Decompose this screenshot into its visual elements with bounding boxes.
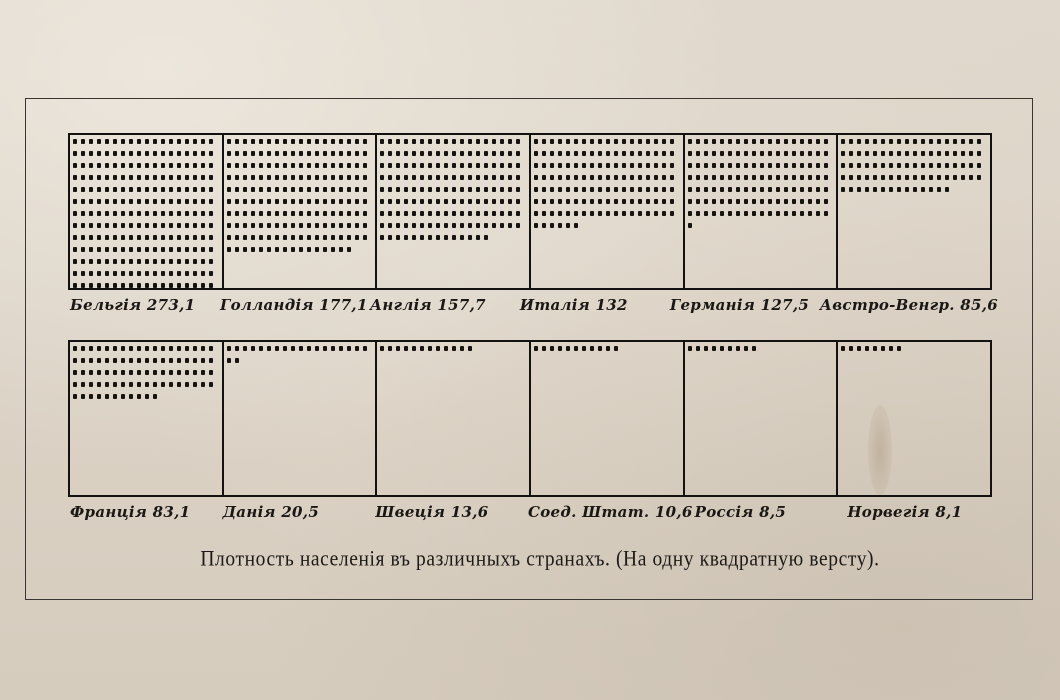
- population-dot: [169, 370, 173, 375]
- population-dot: [209, 175, 213, 180]
- chart-row-bottom: [68, 340, 992, 497]
- population-dot: [243, 187, 247, 192]
- population-dot: [542, 151, 546, 156]
- population-dot: [824, 211, 828, 216]
- population-dot: [73, 283, 77, 288]
- population-dot: [177, 199, 181, 204]
- population-dot: [396, 175, 400, 180]
- population-dot: [396, 346, 400, 351]
- population-dot: [97, 223, 101, 228]
- population-dot: [784, 163, 788, 168]
- population-dot: [145, 346, 149, 351]
- population-dot: [235, 163, 239, 168]
- population-dot: [201, 223, 205, 228]
- population-dot: [598, 211, 602, 216]
- population-dot: [808, 151, 812, 156]
- population-dot: [444, 235, 448, 240]
- population-dot: [153, 346, 157, 351]
- population-dot: [428, 175, 432, 180]
- population-dot: [267, 199, 271, 204]
- population-dot: [436, 187, 440, 192]
- population-dot: [121, 382, 125, 387]
- population-dot: [185, 259, 189, 264]
- population-dot: [688, 211, 692, 216]
- population-dot: [662, 139, 666, 144]
- population-dot: [969, 139, 973, 144]
- population-dot: [404, 235, 408, 240]
- population-dot: [662, 199, 666, 204]
- population-dot: [315, 235, 319, 240]
- population-dot: [808, 163, 812, 168]
- population-dot: [977, 139, 981, 144]
- population-dot: [267, 139, 271, 144]
- population-dot: [582, 187, 586, 192]
- population-dot: [201, 382, 205, 387]
- population-dot: [169, 151, 173, 156]
- population-dot: [436, 175, 440, 180]
- population-dot: [177, 247, 181, 252]
- population-dot: [315, 139, 319, 144]
- population-dot: [177, 283, 181, 288]
- population-dot: [720, 139, 724, 144]
- population-dot: [412, 139, 416, 144]
- population-dot: [736, 175, 740, 180]
- population-dot: [291, 223, 295, 228]
- population-dot: [235, 175, 239, 180]
- population-dot: [145, 187, 149, 192]
- population-dot: [291, 163, 295, 168]
- population-dot: [428, 346, 432, 351]
- population-dot: [388, 163, 392, 168]
- population-dot: [137, 163, 141, 168]
- population-dot: [185, 283, 189, 288]
- population-dot: [193, 187, 197, 192]
- population-dot: [137, 235, 141, 240]
- population-dot: [953, 163, 957, 168]
- population-dot: [201, 283, 205, 288]
- population-dot: [251, 346, 255, 351]
- population-dot: [768, 151, 772, 156]
- population-dot: [865, 163, 869, 168]
- population-dot: [508, 175, 512, 180]
- population-dot: [299, 151, 303, 156]
- population-dot: [267, 223, 271, 228]
- population-dot: [235, 235, 239, 240]
- population-dot: [614, 175, 618, 180]
- population-dot: [209, 199, 213, 204]
- population-dot: [566, 187, 570, 192]
- population-dot: [841, 163, 845, 168]
- population-dot: [857, 175, 861, 180]
- population-dot: [291, 139, 295, 144]
- population-dot: [137, 223, 141, 228]
- population-dot: [824, 187, 828, 192]
- population-dot: [251, 163, 255, 168]
- population-dot: [201, 163, 205, 168]
- population-dot: [622, 187, 626, 192]
- population-dot: [436, 235, 440, 240]
- population-dot: [460, 235, 464, 240]
- population-dot: [388, 235, 392, 240]
- population-dot: [420, 199, 424, 204]
- population-dot: [638, 139, 642, 144]
- population-dot: [145, 259, 149, 264]
- population-dot: [291, 151, 295, 156]
- population-dot: [420, 346, 424, 351]
- population-dot: [251, 151, 255, 156]
- population-dot: [444, 139, 448, 144]
- population-dot: [121, 139, 125, 144]
- population-dot: [323, 139, 327, 144]
- population-dot: [516, 163, 520, 168]
- population-dot: [227, 151, 231, 156]
- population-dot: [380, 211, 384, 216]
- population-dot: [153, 247, 157, 252]
- population-dot: [728, 151, 732, 156]
- population-dot: [736, 199, 740, 204]
- population-dot: [121, 346, 125, 351]
- population-dot: [89, 394, 93, 399]
- population-dot: [704, 211, 708, 216]
- population-dot: [412, 163, 416, 168]
- population-dot: [492, 211, 496, 216]
- population-dot: [516, 175, 520, 180]
- population-dot: [800, 151, 804, 156]
- country-label: Австро-Венгр. 85,6: [818, 296, 998, 322]
- population-dot: [388, 346, 392, 351]
- population-dot: [267, 211, 271, 216]
- population-dot: [736, 346, 740, 351]
- population-dot: [145, 271, 149, 276]
- population-dot: [800, 187, 804, 192]
- population-dot: [792, 175, 796, 180]
- population-dot: [339, 211, 343, 216]
- population-dot: [331, 151, 335, 156]
- population-dot: [355, 199, 359, 204]
- population-dot: [129, 139, 133, 144]
- population-dot: [145, 370, 149, 375]
- population-dot: [339, 235, 343, 240]
- population-dot: [347, 223, 351, 228]
- population-dot: [582, 211, 586, 216]
- population-dot: [121, 175, 125, 180]
- population-dot: [161, 175, 165, 180]
- population-dot: [201, 358, 205, 363]
- population-dot: [792, 163, 796, 168]
- population-dot: [201, 199, 205, 204]
- population-dot: [97, 394, 101, 399]
- population-dot: [752, 151, 756, 156]
- population-dot: [89, 283, 93, 288]
- population-dot: [105, 382, 109, 387]
- population-dot: [937, 175, 941, 180]
- population-dot: [380, 199, 384, 204]
- population-dot: [380, 175, 384, 180]
- population-dot: [476, 175, 480, 180]
- population-dot: [97, 211, 101, 216]
- population-dot: [760, 211, 764, 216]
- population-dot: [97, 283, 101, 288]
- population-dot: [638, 199, 642, 204]
- population-dot: [800, 211, 804, 216]
- population-dot: [227, 163, 231, 168]
- population-dot: [808, 199, 812, 204]
- population-dot: [243, 151, 247, 156]
- population-dot: [137, 151, 141, 156]
- population-dot: [323, 346, 327, 351]
- population-dot: [534, 175, 538, 180]
- population-dot: [516, 139, 520, 144]
- population-dot: [113, 223, 117, 228]
- population-dot: [113, 346, 117, 351]
- population-dot: [145, 199, 149, 204]
- population-dot: [121, 151, 125, 156]
- population-dot: [105, 223, 109, 228]
- population-dot: [484, 235, 488, 240]
- population-dot: [153, 223, 157, 228]
- population-dot: [508, 211, 512, 216]
- population-dot: [137, 199, 141, 204]
- population-dot: [849, 187, 853, 192]
- population-dot: [153, 370, 157, 375]
- population-dot: [873, 175, 877, 180]
- population-dot: [500, 187, 504, 192]
- population-dot: [558, 139, 562, 144]
- population-dot: [243, 223, 247, 228]
- population-dot: [760, 199, 764, 204]
- population-dot: [905, 139, 909, 144]
- population-dot: [209, 187, 213, 192]
- population-dot: [744, 163, 748, 168]
- population-dot: [153, 271, 157, 276]
- population-dot: [363, 211, 367, 216]
- population-dot: [121, 370, 125, 375]
- population-dot: [235, 223, 239, 228]
- population-dot: [696, 211, 700, 216]
- population-dot: [73, 235, 77, 240]
- population-dot: [484, 211, 488, 216]
- population-dot: [299, 247, 303, 252]
- population-dot: [662, 211, 666, 216]
- population-dot: [768, 211, 772, 216]
- population-dot: [444, 211, 448, 216]
- population-dot: [889, 175, 893, 180]
- population-dot: [550, 199, 554, 204]
- population-dot: [420, 211, 424, 216]
- population-dot: [283, 175, 287, 180]
- population-dot: [81, 382, 85, 387]
- population-dot: [121, 259, 125, 264]
- population-dot: [824, 151, 828, 156]
- population-dot: [259, 211, 263, 216]
- population-dot: [185, 163, 189, 168]
- population-dot: [712, 151, 716, 156]
- population-dot: [444, 199, 448, 204]
- population-dot: [614, 187, 618, 192]
- population-dot: [380, 223, 384, 228]
- population-dot: [696, 151, 700, 156]
- population-dot: [865, 139, 869, 144]
- population-dot: [598, 175, 602, 180]
- population-dot: [169, 175, 173, 180]
- population-dot: [209, 346, 213, 351]
- population-dot: [961, 151, 965, 156]
- population-dot: [355, 163, 359, 168]
- population-dot: [704, 187, 708, 192]
- population-dot: [81, 139, 85, 144]
- population-dot: [516, 223, 520, 228]
- population-dot: [558, 199, 562, 204]
- population-dot: [267, 346, 271, 351]
- population-dot: [542, 346, 546, 351]
- population-dot: [492, 187, 496, 192]
- population-dot: [299, 199, 303, 204]
- population-dot: [606, 346, 610, 351]
- population-dot: [105, 283, 109, 288]
- population-dot: [97, 235, 101, 240]
- population-dot: [121, 223, 125, 228]
- population-dot: [275, 223, 279, 228]
- population-dot: [145, 235, 149, 240]
- population-dot: [193, 358, 197, 363]
- population-dot: [243, 346, 247, 351]
- population-dot: [243, 247, 247, 252]
- population-dot: [259, 163, 263, 168]
- population-dot: [396, 163, 400, 168]
- population-dot: [582, 346, 586, 351]
- population-dot: [89, 163, 93, 168]
- population-dot: [81, 223, 85, 228]
- population-dot: [235, 139, 239, 144]
- population-dot: [235, 211, 239, 216]
- population-dot: [606, 199, 610, 204]
- population-dot: [105, 271, 109, 276]
- population-dot: [307, 187, 311, 192]
- population-dot: [227, 235, 231, 240]
- population-dot: [121, 394, 125, 399]
- population-dot: [363, 346, 367, 351]
- population-dot: [81, 259, 85, 264]
- population-dot: [137, 211, 141, 216]
- population-dot: [728, 211, 732, 216]
- population-dot: [688, 139, 692, 144]
- population-dot: [436, 139, 440, 144]
- population-dot: [323, 211, 327, 216]
- population-dot: [161, 382, 165, 387]
- population-dot: [476, 151, 480, 156]
- population-dot: [412, 346, 416, 351]
- population-dot: [153, 358, 157, 363]
- population-dot: [81, 151, 85, 156]
- population-dot: [849, 346, 853, 351]
- population-dot: [688, 175, 692, 180]
- population-dot: [153, 211, 157, 216]
- population-dot: [704, 163, 708, 168]
- population-dot: [460, 163, 464, 168]
- population-dot: [404, 346, 408, 351]
- population-dot: [323, 187, 327, 192]
- population-dot: [792, 199, 796, 204]
- population-dot: [808, 139, 812, 144]
- population-dot: [468, 163, 472, 168]
- population-dot: [728, 199, 732, 204]
- population-dot: [566, 346, 570, 351]
- population-dot: [209, 247, 213, 252]
- population-dot: [646, 163, 650, 168]
- population-dot: [193, 283, 197, 288]
- population-dot: [129, 175, 133, 180]
- population-dot: [881, 163, 885, 168]
- population-dot: [816, 187, 820, 192]
- population-dot: [113, 370, 117, 375]
- population-dot: [598, 346, 602, 351]
- population-dot: [347, 139, 351, 144]
- population-dot: [363, 223, 367, 228]
- population-dot: [113, 187, 117, 192]
- population-dot: [331, 346, 335, 351]
- population-dot: [299, 175, 303, 180]
- population-dot: [696, 175, 700, 180]
- population-dot: [227, 358, 231, 363]
- population-dot: [315, 199, 319, 204]
- population-dot: [355, 211, 359, 216]
- population-dot: [169, 358, 173, 363]
- population-dot: [209, 235, 213, 240]
- population-dot: [129, 271, 133, 276]
- population-dot: [452, 346, 456, 351]
- population-dot: [307, 151, 311, 156]
- density-box-usa: [531, 342, 685, 495]
- population-dot: [81, 175, 85, 180]
- population-dot: [696, 187, 700, 192]
- population-dot: [768, 175, 772, 180]
- population-dot: [921, 163, 925, 168]
- population-dot: [169, 346, 173, 351]
- population-dot: [953, 139, 957, 144]
- population-dot: [243, 211, 247, 216]
- population-dot: [953, 151, 957, 156]
- population-dot: [161, 211, 165, 216]
- population-dot: [347, 151, 351, 156]
- population-dot: [81, 235, 85, 240]
- population-dot: [760, 175, 764, 180]
- population-dot: [355, 139, 359, 144]
- population-dot: [267, 187, 271, 192]
- population-dot: [558, 175, 562, 180]
- population-dot: [251, 223, 255, 228]
- population-dot: [444, 223, 448, 228]
- population-dot: [347, 247, 351, 252]
- population-dot: [323, 175, 327, 180]
- population-dot: [444, 163, 448, 168]
- population-dot: [73, 163, 77, 168]
- population-dot: [500, 199, 504, 204]
- population-dot: [73, 151, 77, 156]
- population-dot: [654, 199, 658, 204]
- population-dot: [638, 163, 642, 168]
- population-dot: [776, 151, 780, 156]
- population-dot: [744, 151, 748, 156]
- population-dot: [452, 163, 456, 168]
- population-dot: [113, 394, 117, 399]
- population-dot: [169, 223, 173, 228]
- population-dot: [331, 139, 335, 144]
- population-dot: [574, 151, 578, 156]
- population-dot: [566, 139, 570, 144]
- population-dot: [201, 187, 205, 192]
- population-dot: [97, 199, 101, 204]
- population-dot: [590, 163, 594, 168]
